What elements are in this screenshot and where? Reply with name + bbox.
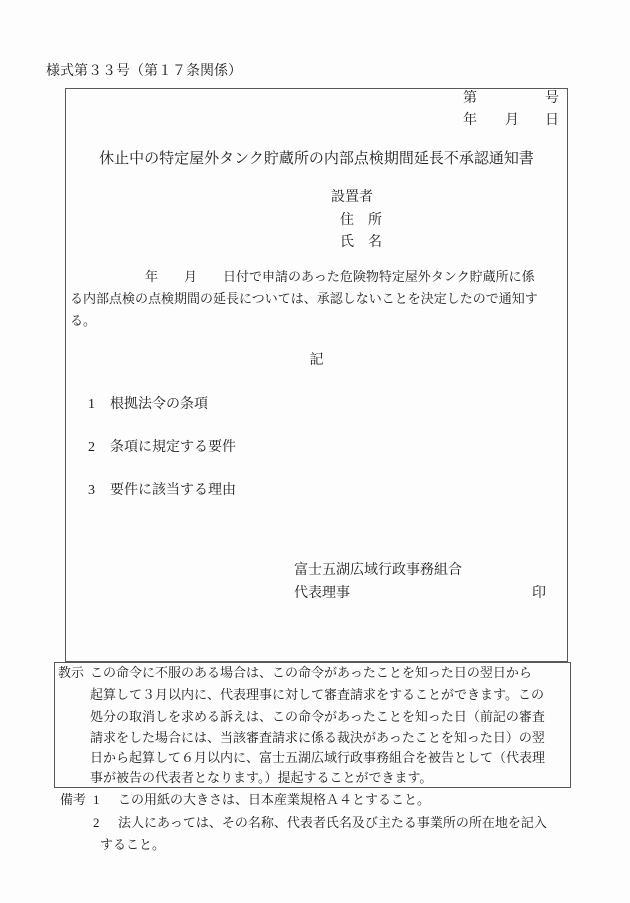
date-day-label: 日	[545, 113, 559, 129]
addressee-name-label: 氏 名	[340, 235, 382, 251]
date-year-label: 年	[463, 113, 477, 129]
remarks-item-text: この用紙の大きさは、日本産業規格Ａ４とすること。	[118, 793, 430, 808]
document-title: 休止中の特定屋外タンク貯蔵所の内部点検期間延長不承認通知書	[65, 151, 568, 168]
addressee-heading: 設置者	[331, 190, 373, 206]
signature-organization: 富士五湖広域行政事務組合	[294, 563, 462, 579]
body-line: る内部点検の点検期間の延長については、承認しないことを決定したので通知す	[70, 292, 538, 307]
date-month-label: 月	[505, 113, 519, 129]
ki-heading: 記	[65, 353, 568, 369]
kyoji-line: この命令に不服のある場合は、この命令があったことを知った日の翌日から	[90, 666, 532, 681]
seal-placeholder: 印	[532, 586, 546, 602]
doc-number-prefix: 第	[463, 91, 477, 107]
item-number: 2	[88, 440, 95, 456]
body-line: る。	[70, 314, 96, 329]
body-line: 年 月 日付で申請のあった危険物特定屋外タンク貯蔵所に係	[145, 270, 535, 285]
document-page: 様式第３３号（第１７条関係） 第 号 年 月 日 休止中の特定屋外タンク貯蔵所の…	[0, 0, 630, 903]
remarks-item-text: 法人にあっては、その名称、代表者氏名及び主たる事業所の所在地を記入	[118, 816, 547, 831]
remarks-item-number: 1	[93, 793, 100, 808]
item-number: 3	[88, 483, 95, 499]
kyoji-line: 事が被告の代表者となります。）提起することができます。	[90, 771, 432, 786]
form-number-label: 様式第３３号（第１７条関係）	[46, 64, 242, 80]
item-text: 要件に該当する理由	[110, 483, 236, 499]
addressee-address-label: 住 所	[340, 213, 382, 229]
item-text: 条項に規定する要件	[110, 440, 236, 456]
item-text: 根拠法令の条項	[110, 397, 208, 413]
remarks-item-number: 2	[93, 816, 100, 831]
remarks-item-text-continued: すること。	[100, 838, 165, 853]
kyoji-label: 教示	[58, 666, 84, 681]
kyoji-line: 処分の取消しを求める訴えは、この命令があったことを知った日（前記の審査	[90, 710, 545, 725]
kyoji-line: 起算して３月以内に、代表理事に対して審査請求をすることができます。この	[90, 688, 544, 703]
kyoji-line: 請求をした場合には、当該審査請求に係る裁決があったことを知った日）の翌	[90, 731, 545, 746]
remarks-label: 備考	[60, 793, 86, 808]
kyoji-line: 日から起算して６月以内に、富士五湖広域行政事務組合を被告として（代表理	[90, 751, 545, 766]
signature-title: 代表理事	[294, 586, 350, 602]
item-number: 1	[88, 397, 95, 413]
doc-number-suffix: 号	[545, 91, 559, 107]
